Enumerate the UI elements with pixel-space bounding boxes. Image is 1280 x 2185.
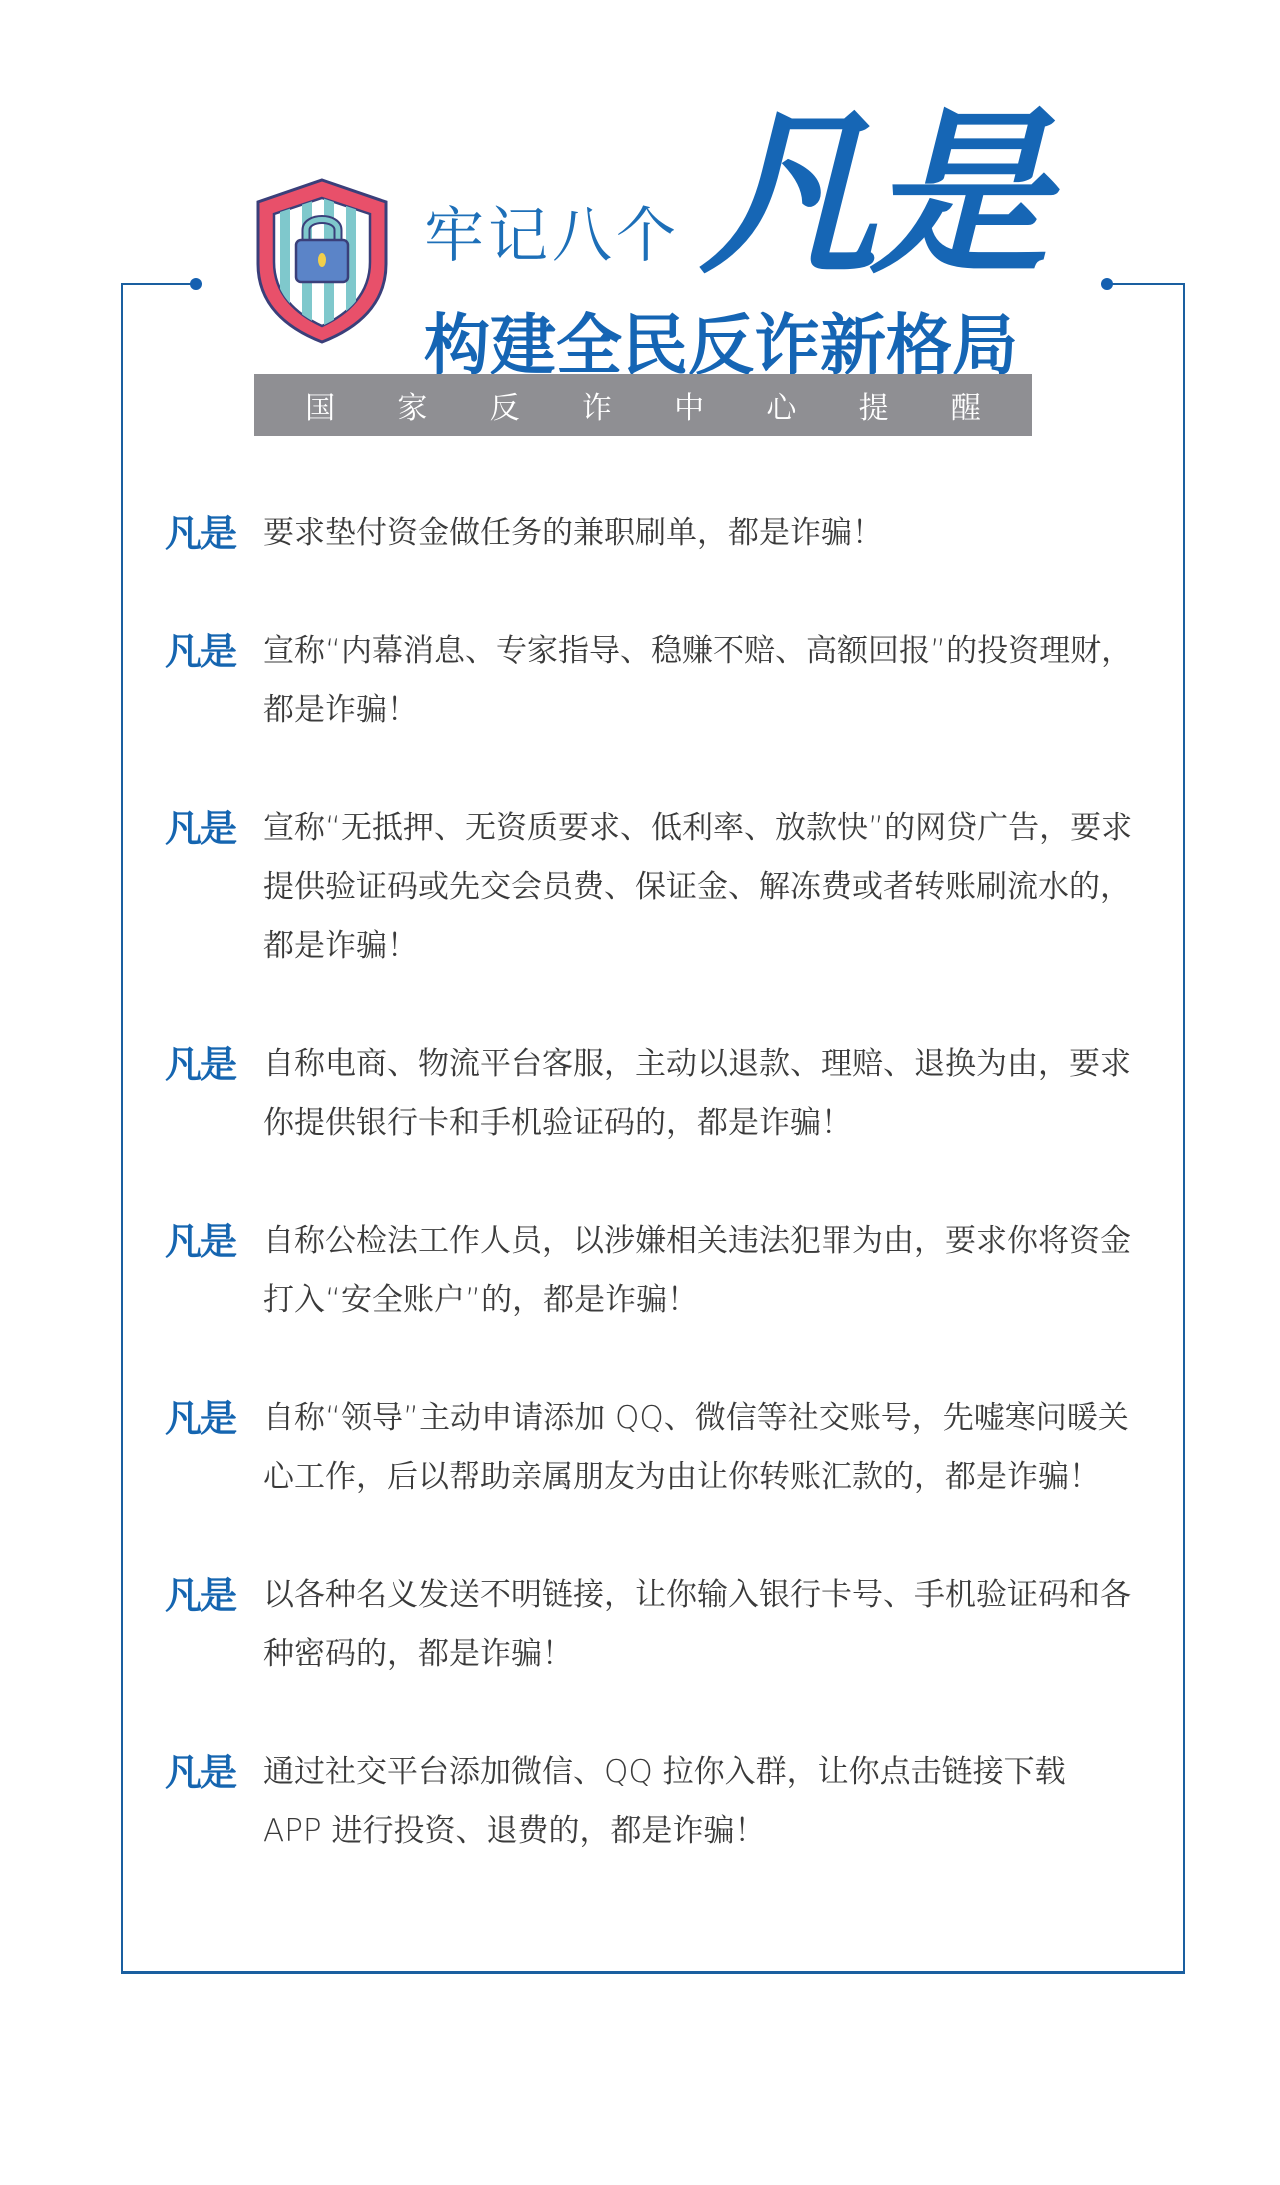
banner-char: 家 (397, 383, 427, 427)
banner-char: 反 (490, 383, 520, 427)
item-label: 凡是 (165, 1566, 263, 1625)
item-label: 凡是 (165, 1212, 263, 1271)
banner-char: 提 (859, 383, 889, 427)
item-label: 凡是 (165, 1035, 263, 1094)
item-text: 以各种名义发送不明链接，让你输入银行卡号、手机验证码和各种密码的，都是诈骗！ (263, 1566, 1133, 1684)
list-item: 凡是 宣称“无抵押、无资质要求、低利率、放款快”的网贷广告，要求提供验证码或先交… (165, 799, 1165, 976)
item-text: 宣称“内幕消息、专家指导、稳赚不赔、高额回报”的投资理财，都是诈骗！ (263, 622, 1133, 740)
frame-dot-right (1101, 278, 1113, 290)
list-item: 凡是 宣称“内幕消息、专家指导、稳赚不赔、高额回报”的投资理财，都是诈骗！ (165, 622, 1165, 740)
frame-top-left-line (121, 283, 197, 285)
banner-char: 心 (766, 383, 796, 427)
frame-bottom-line (121, 1971, 1185, 1974)
list-item: 凡是 自称电商、物流平台客服，主动以退款、理赔、退换为由，要求你提供银行卡和手机… (165, 1035, 1165, 1153)
frame-top-right-line (1108, 283, 1185, 285)
subtitle-banner: 国 家 反 诈 中 心 提 醒 (254, 374, 1032, 436)
item-label: 凡是 (165, 799, 263, 858)
warning-list: 凡是 要求垫付资金做任务的兼职刷单，都是诈骗！ 凡是 宣称“内幕消息、专家指导、… (165, 504, 1165, 1920)
banner-char: 中 (674, 383, 704, 427)
list-item: 凡是 要求垫付资金做任务的兼职刷单，都是诈骗！ (165, 504, 1165, 563)
title-emphasis-calligraphy: 凡是 (700, 96, 1040, 292)
shield-lock-icon (252, 176, 392, 344)
title-line1: 牢记八个 (424, 196, 680, 276)
list-item: 凡是 以各种名义发送不明链接，让你输入银行卡号、手机验证码和各种密码的，都是诈骗… (165, 1566, 1165, 1684)
item-label: 凡是 (165, 1743, 263, 1802)
item-label: 凡是 (165, 504, 263, 563)
list-item: 凡是 通过社交平台添加微信、QQ 拉你入群，让你点击链接下载 APP 进行投资、… (165, 1743, 1165, 1861)
item-text: 宣称“无抵押、无资质要求、低利率、放款快”的网贷广告，要求提供验证码或先交会员费… (263, 799, 1133, 976)
item-text: 要求垫付资金做任务的兼职刷单，都是诈骗！ (263, 504, 1133, 563)
item-label: 凡是 (165, 1389, 263, 1448)
item-text: 通过社交平台添加微信、QQ 拉你入群，让你点击链接下载 APP 进行投资、退费的… (263, 1743, 1133, 1861)
banner-char: 国 (305, 383, 335, 427)
item-text: 自称电商、物流平台客服，主动以退款、理赔、退换为由，要求你提供银行卡和手机验证码… (263, 1035, 1133, 1153)
list-item: 凡是 自称“领导”主动申请添加 QQ、微信等社交账号，先嘘寒问暖关心工作，后以帮… (165, 1389, 1165, 1507)
frame-right-line (1183, 283, 1185, 1973)
frame-left-line (121, 283, 123, 1973)
item-text: 自称公检法工作人员，以涉嫌相关违法犯罪为由，要求你将资金打入“安全账户”的，都是… (263, 1212, 1133, 1330)
list-item: 凡是 自称公检法工作人员，以涉嫌相关违法犯罪为由，要求你将资金打入“安全账户”的… (165, 1212, 1165, 1330)
item-text: 自称“领导”主动申请添加 QQ、微信等社交账号，先嘘寒问暖关心工作，后以帮助亲属… (263, 1389, 1133, 1507)
frame-dot-left (190, 278, 202, 290)
banner-char: 诈 (582, 383, 612, 427)
banner-char: 醒 (951, 383, 981, 427)
item-label: 凡是 (165, 622, 263, 681)
